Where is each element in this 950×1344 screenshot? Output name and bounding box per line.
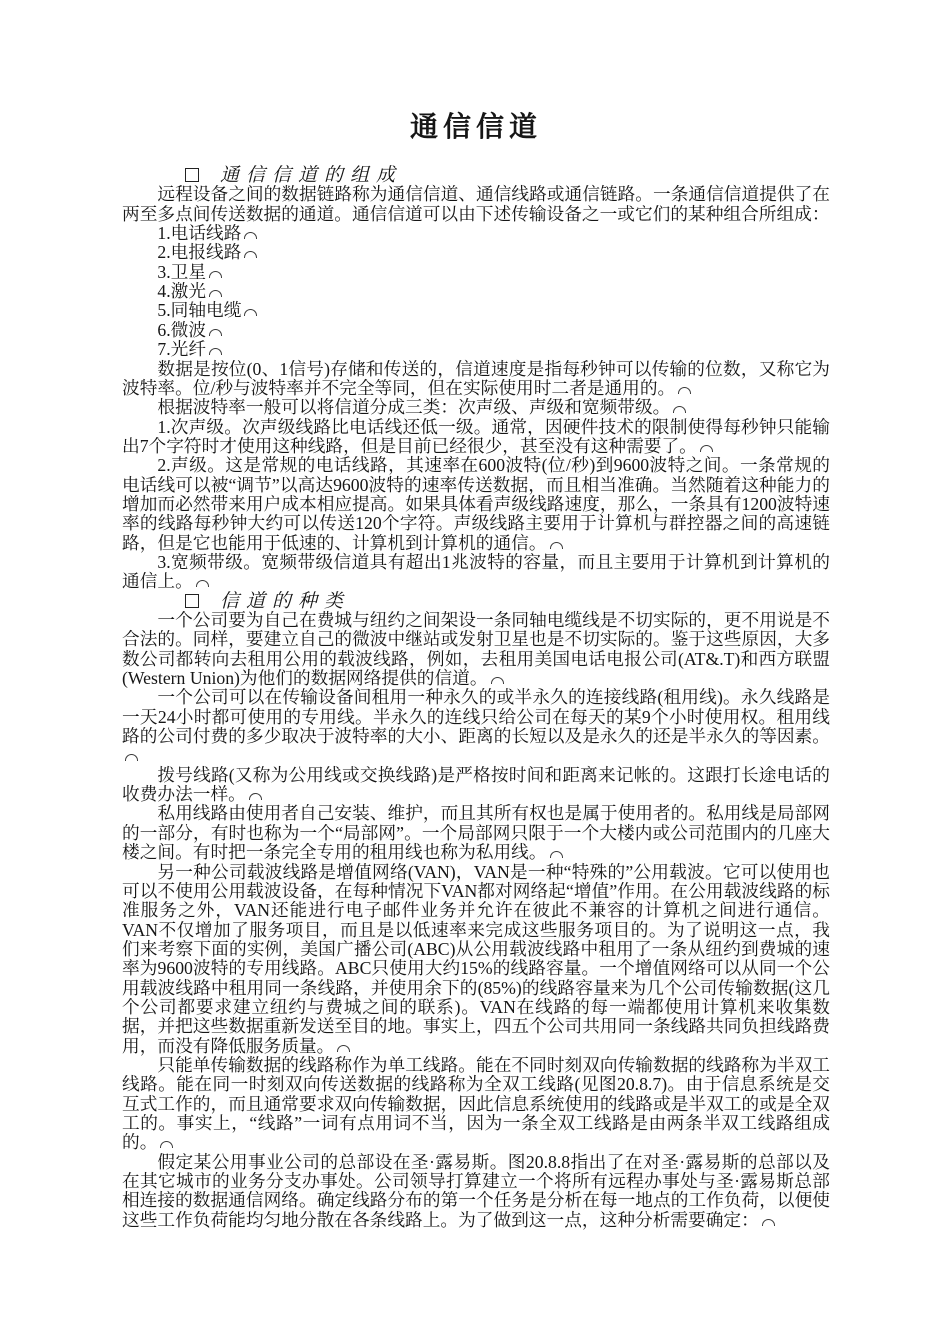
paragraph: 2.声级。这是常规的电话线路，其速率在600波特(位/秒)到9600波特之间。一…	[122, 456, 830, 553]
list-item-text: 2.电报线路	[157, 242, 241, 262]
paragraph-mark-icon	[337, 1045, 350, 1052]
paragraph-text: 2.声级。这是常规的电话线路，其速率在600波特(位/秒)到9600波特之间。一…	[122, 455, 830, 552]
list-item: 6.微波	[122, 321, 830, 340]
paragraph-mark-icon	[125, 754, 138, 761]
paragraph-mark-icon	[244, 251, 257, 258]
paragraph: 3.宽频带级。宽频带级信道具有超出1兆波特的容量，而且主要用于计算机到计算机的通…	[122, 553, 830, 592]
page-title: 通信信道	[122, 110, 830, 144]
list-item: 7.光纤	[122, 340, 830, 359]
paragraph: 拨号线路(又称为公用线或交换线路)是严格按时间和距离来记帐的。这跟打长途电话的收…	[122, 766, 830, 805]
paragraph: 只能单传输数据的线路称作为单工线路。能在不同时刻双向传输数据的线路称为半双工线路…	[122, 1056, 830, 1153]
paragraph-text: 1.次声级。次声级线路比电话线还低一级。通常，因硬件技术的限制使得每秒钟只能输出…	[122, 417, 830, 456]
paragraph: 另一种公司载波线路是增值网络(VAN)，VAN是一种“特殊的”公用载波。它可以使…	[122, 863, 830, 1056]
list-item: 5.同轴电缆	[122, 301, 830, 320]
paragraph-mark-icon	[196, 580, 209, 587]
list-item-text: 7.光纤	[157, 339, 206, 359]
paragraph-text: 另一种公司载波线路是增值网络(VAN)，VAN是一种“特殊的”公用载波。它可以使…	[122, 862, 830, 1056]
paragraph-mark-icon	[244, 309, 257, 316]
paragraph-mark-icon	[491, 677, 504, 684]
paragraph-mark-icon	[249, 793, 262, 800]
paragraph-mark-icon	[678, 387, 691, 394]
paragraph-text: 一个公司可以在传输设备间租用一种永久的或半永久的连接线路(租用线)。永久线路是一…	[122, 687, 830, 746]
list-item-text: 4.激光	[157, 281, 206, 301]
paragraph-text: 只能单传输数据的线路称作为单工线路。能在不同时刻双向传输数据的线路称为半双工线路…	[122, 1055, 830, 1152]
document-page: 通信信道 通信信道的组成 远程设备之间的数据链路称为通信信道、通信线路或通信链路…	[0, 0, 950, 1344]
list-item-text: 5.同轴电缆	[157, 300, 241, 320]
paragraph-text: 私用线路由使用者自己安装、维护，而且其所有权也是属于使用者的。私用线是局部网的一…	[122, 803, 830, 862]
paragraph-text: 根据波特率一般可以将信道分成三类：次声级、声级和宽频带级。	[157, 397, 670, 417]
paragraph-mark-icon	[209, 329, 222, 336]
list-item-text: 6.微波	[157, 320, 206, 340]
list-item: 4.激光	[122, 282, 830, 301]
list-item: 3.卫星	[122, 263, 830, 282]
paragraph: 假定某公用事业公司的总部设在圣·露易斯。图20.8.8指出了在对圣·露易斯的总部…	[122, 1153, 830, 1230]
paragraph: 根据波特率一般可以将信道分成三类：次声级、声级和宽频带级。	[122, 398, 830, 417]
paragraph: 1.次声级。次声级线路比电话线还低一级。通常，因硬件技术的限制使得每秒钟只能输出…	[122, 418, 830, 457]
paragraph-mark-icon	[209, 348, 222, 355]
section-heading-channel-types: 信道的种类	[122, 592, 830, 611]
paragraph-mark-icon	[160, 1141, 173, 1148]
paragraph-text: 拨号线路(又称为公用线或交换线路)是严格按时间和距离来记帐的。这跟打长途电话的收…	[122, 765, 830, 804]
paragraph: 私用线路由使用者自己安装、维护，而且其所有权也是属于使用者的。私用线是局部网的一…	[122, 804, 830, 862]
paragraph: 一个公司可以在传输设备间租用一种永久的或半永久的连接线路(租用线)。永久线路是一…	[122, 688, 830, 765]
paragraph-text: 假定某公用事业公司的总部设在圣·露易斯。图20.8.8指出了在对圣·露易斯的总部…	[122, 1152, 830, 1230]
section-heading-label: 通信信道的组成	[220, 165, 402, 186]
square-bullet-icon	[185, 594, 199, 608]
paragraph-mark-icon	[550, 542, 563, 549]
paragraph-mark-icon	[762, 1219, 775, 1226]
paragraph-text: 3.宽频带级。宽频带级信道具有超出1兆波特的容量，而且主要用于计算机到计算机的通…	[122, 552, 830, 591]
paragraph: 数据是按位(0、1信号)存储和传送的，信道速度是指每秒钟可以传输的位数，又称它为…	[122, 360, 830, 399]
paragraph: 一个公司要为自己在费城与纽约之间架设一条同轴电缆线是不切实际的，更不用说是不合法…	[122, 611, 830, 688]
paragraph-mark-icon	[209, 271, 222, 278]
paragraph-text: 远程设备之间的数据链路称为通信信道、通信线路或通信链路。一条通信信道提供了在两至…	[122, 184, 830, 223]
paragraph: 远程设备之间的数据链路称为通信信道、通信线路或通信链路。一条通信信道提供了在两至…	[122, 185, 830, 224]
list-item-text: 1.电话线路	[157, 223, 241, 243]
paragraph-text: 一个公司要为自己在费城与纽约之间架设一条同轴电缆线是不切实际的，更不用说是不合法…	[122, 610, 830, 688]
paragraph-mark-icon	[244, 232, 257, 239]
section-heading-channel-composition: 通信信道的组成	[122, 166, 830, 185]
paragraph-mark-icon	[550, 851, 563, 858]
list-item-text: 3.卫星	[157, 262, 206, 282]
paragraph-text: 数据是按位(0、1信号)存储和传送的，信道速度是指每秒钟可以传输的位数，又称它为…	[122, 359, 830, 398]
paragraph-mark-icon	[700, 445, 713, 452]
paragraph-mark-icon	[673, 406, 686, 413]
paragraph-mark-icon	[209, 290, 222, 297]
section-heading-label: 信道的种类	[220, 591, 350, 612]
list-item: 2.电报线路	[122, 243, 830, 262]
square-bullet-icon	[185, 168, 199, 182]
list-item: 1.电话线路	[122, 224, 830, 243]
